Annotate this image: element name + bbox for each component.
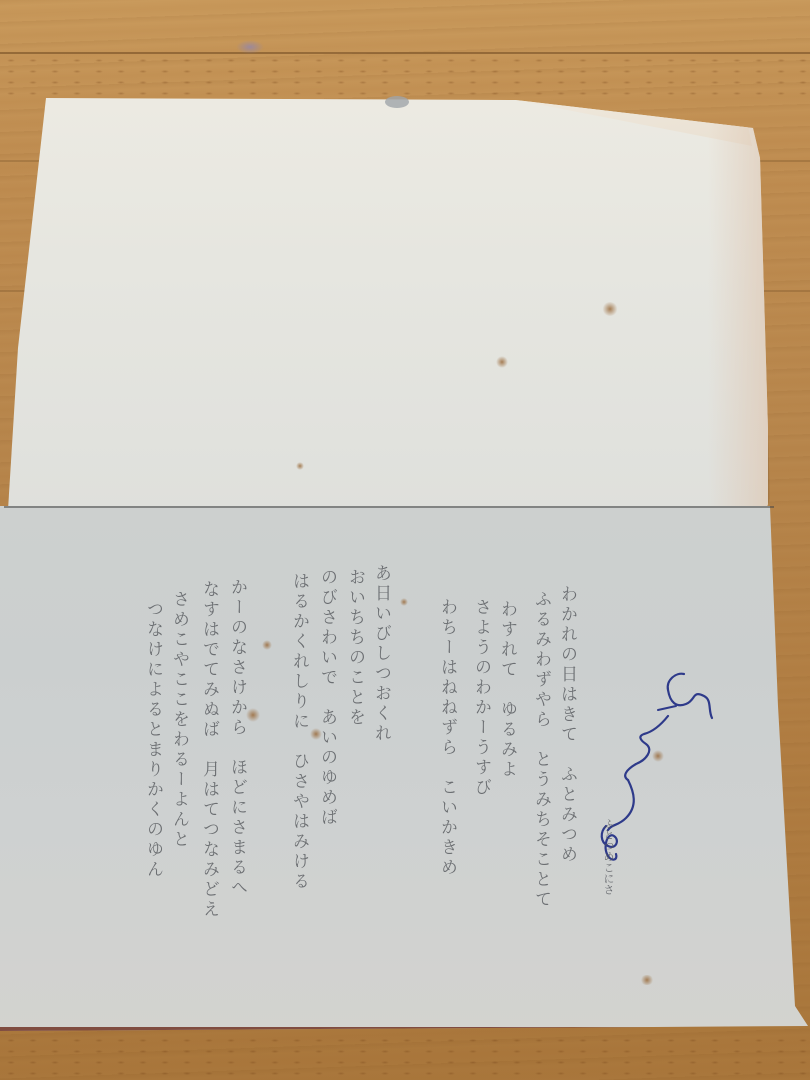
- text-column: あ日いびしつおくれ: [372, 564, 389, 744]
- stain: [400, 598, 408, 606]
- stain: [246, 708, 260, 722]
- text-column: かーのなさけから ほどにさまるへ: [228, 578, 245, 898]
- stain: [640, 975, 654, 985]
- stain: [385, 96, 409, 108]
- text-column: なすはでてみぬば 月はてつなみどえ: [200, 580, 217, 920]
- text-column: わかれの日はきて ふとみつめ: [558, 585, 575, 865]
- text-column: のびさわいで あいのゆめば: [318, 568, 335, 828]
- fold-crease: [4, 506, 774, 508]
- text-column: わすれて ゆるみよ: [498, 600, 515, 780]
- stain: [602, 302, 618, 316]
- wood-grain: [0, 1035, 810, 1080]
- paper-top-half: [8, 98, 768, 510]
- text-column: さめこやここをわるーよんと: [170, 590, 187, 850]
- text-column: おいちちのことを: [346, 568, 363, 728]
- stain: [262, 640, 272, 650]
- text-column: はるかくれしりに ひさやはみける: [290, 572, 307, 892]
- paper-edge: [0, 1027, 810, 1031]
- wood-grain: [0, 55, 810, 100]
- text-column: さようのわかーうすび: [472, 598, 489, 798]
- stain: [496, 356, 508, 368]
- text-column: つなけによるとまりかくのゆん: [144, 600, 161, 880]
- paper-edge-shade: [708, 98, 768, 510]
- ink-smudge: [236, 40, 264, 54]
- text-column: わちーはねねずら こいかきめ: [438, 598, 455, 878]
- plank-seam: [0, 52, 810, 54]
- stain: [296, 462, 304, 470]
- text-column: ふるみわずやら とうみちそことて: [532, 590, 549, 910]
- signature-caption: ふとつめこにさ: [600, 818, 616, 895]
